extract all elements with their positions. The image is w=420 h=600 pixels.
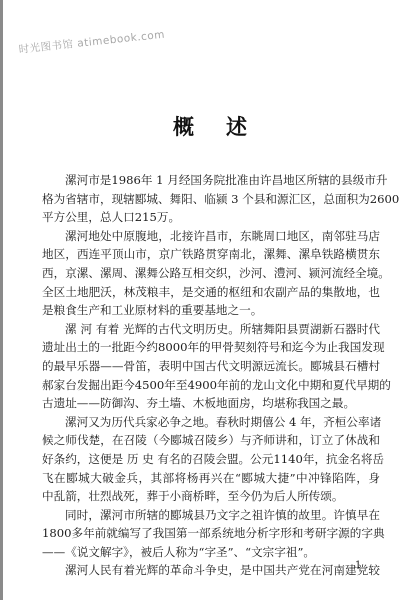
body-text: 漯河市是1986年 1 月经国务院批准由许昌地区所辖的县级市升 格为省辖市，现辖… (42, 171, 380, 580)
text-line: 郝家台发掘出距今4500年至4900年前的龙山文化中期和夏代早期的 (42, 376, 380, 395)
text-line: 是粮食生产和工业原材料的重要基地之一。 (42, 301, 380, 320)
text-line: 古遗址——防御沟、夯土墙、木板地面房，均堪称我国之最。 (42, 394, 380, 413)
text-line: 同时，漯河市所辖的郾城县乃文字之祖许慎的故里。许慎早在 (42, 506, 380, 525)
text-line: 漯河人民有着光辉的革命斗争史，是中国共产党在河南建党较 (42, 561, 380, 580)
page-title: 概述 (0, 111, 420, 141)
text-line: 中乱箭，壮烈战死，葬于小商桥畔，至今仍为后人所传颂。 (42, 487, 380, 506)
text-line: ——《说文解字》，被后人称为“字圣”、“文宗字祖”。 (42, 543, 380, 562)
text-line: 漯 河 有着 光辉的古代文明历史。所辖舞阳县贾湖新石器时代 (42, 320, 380, 339)
page-number: 1 (355, 560, 361, 571)
text-line: 的最早乐器——骨笛，表明中国古代文明源远流长。郾城县石槽村 (42, 357, 380, 376)
text-line: 候之师伐楚，在召陵（今郾城召陵乡）与齐师讲和，订立了休战和 (42, 431, 380, 450)
text-line: 全区土地肥沃，林茂粮丰，是交通的枢纽和农副产品的集散地，也 (42, 283, 380, 302)
text-line: 遗址出土的一批距今约8000年的甲骨契刻符号和迄今为止我国发现 (42, 338, 380, 357)
text-line: 漯河市是1986年 1 月经国务院批准由许昌地区所辖的县级市升 (42, 171, 380, 190)
text-line: 地区，西连平顶山市，京广铁路贯穿南北，漯舞、漯阜铁路横贯东 (42, 245, 380, 264)
text-line: 平方公里，总人口215万。 (42, 208, 380, 227)
text-line: 好条约，这便是 历 史 有名的召陵会盟。公元1140年，抗金名将岳 (42, 450, 380, 469)
text-line: 飞在郾城大破金兵，其部将杨再兴在“郾城大捷”中冲锋陷阵，身 (42, 469, 380, 488)
text-line: 格为省辖市，现辖郾城、舞阳、临颍 3 个县和源汇区，总面积为2600 (42, 190, 380, 209)
watermark: 时光图书馆 atimebook.com (18, 27, 166, 57)
text-line: 漯河又为历代兵家必争之地。春秋时期僖公 4 年，齐桓公率诸 (42, 413, 380, 432)
text-line: 1800多年前就编写了我国第一部系统地分析字形和考研字源的字典 (42, 524, 380, 543)
text-line: 西，京漯、漯周、漯舞公路互相交织，沙河、澧河、颍河流经全境。 (42, 264, 380, 283)
text-line: 漯河地处中原腹地，北接许昌市，东眺周口地区，南邻驻马店 (42, 227, 380, 246)
page-edge-bar (0, 0, 3, 600)
